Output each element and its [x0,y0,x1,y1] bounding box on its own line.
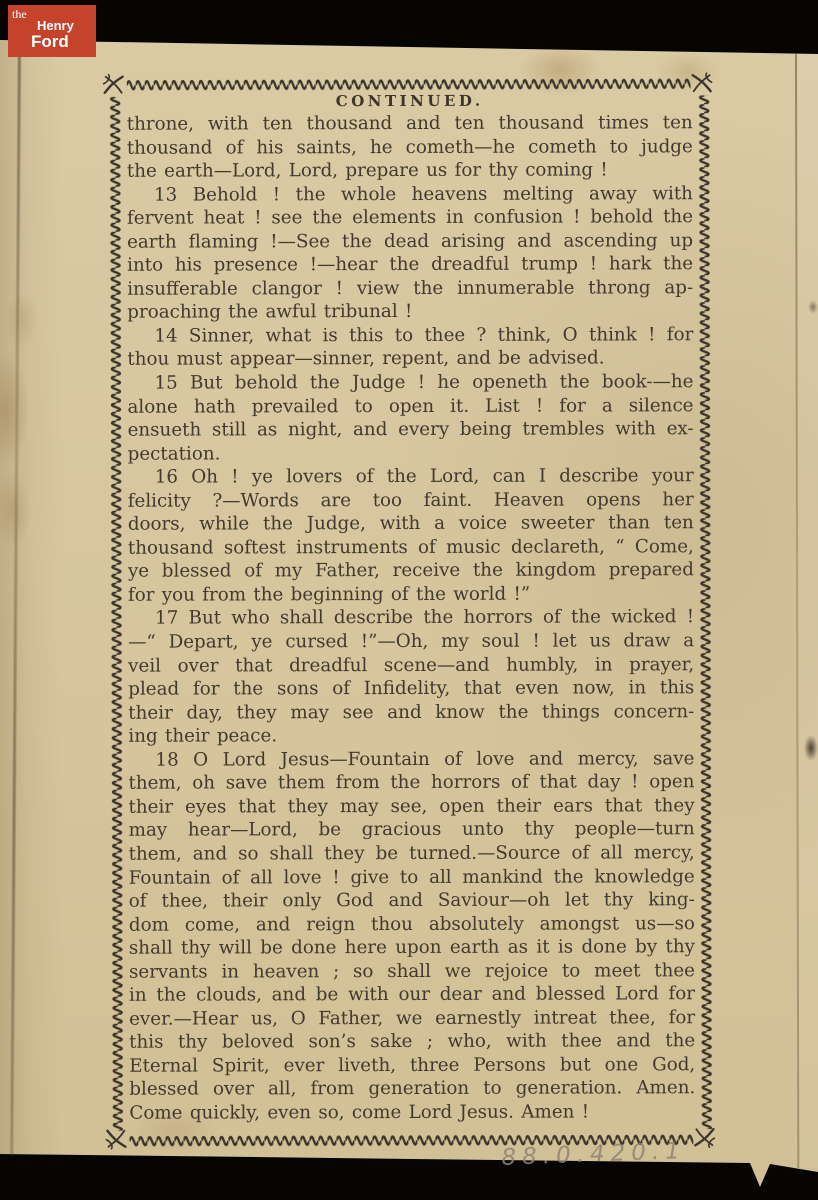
text-line: 17 But who shall describe the horrors of… [128,606,694,631]
wavy-border-right [698,95,714,1129]
corner-fleuron-icon [102,73,126,97]
wavy-border-top [127,77,691,91]
text-block: CONTINUED. throne, with ten thousand and… [127,91,696,1125]
text-line: Come quickly, even so, come Lord Jesus. … [129,1100,695,1125]
text-line: shall thy will be done here upon earth a… [129,935,695,960]
text-line: their eyes that they may see, open their… [129,794,695,819]
accession-number: 88.0.420.1 [501,1138,686,1171]
text-line: ever.—Hear us, O Father, we earnestly in… [129,1006,695,1031]
text-line: of thee, their only God and Saviour—oh l… [129,888,695,913]
text-line: for you from the beginning of the world … [128,582,694,607]
text-line: thousand of his saints, he cometh—he com… [127,135,693,160]
text-line: 16 Oh ! ye lovers of the Lord, can I des… [128,464,694,489]
corner-fleuron-icon [104,1127,128,1151]
text-line: ye blessed of my Father, receive the kin… [128,559,694,584]
text-line: Fountain of all love ! give to all manki… [129,865,695,890]
text-line: may hear—Lord, be gracious unto thy peop… [129,818,695,843]
text-line: plead for the sons of Infidelity, that e… [128,676,694,701]
logo-word-henry: Henry [37,19,74,32]
text-line: blessed over all, from generation to gen… [129,1077,695,1102]
page-heading: CONTINUED. [127,91,693,112]
text-line: ensueth still as night, and every being … [128,417,694,442]
text-line: —“ Depart, ye cursed !”—Oh, my soul ! le… [128,629,694,654]
text-line: veil over that dreadful scene—and humbly… [128,653,694,678]
text-line: 14 Sinner, what is this to thee ? think,… [127,323,693,348]
text-line: insufferable clangor ! view the innumera… [127,276,693,301]
text-line: doors, while the Judge, with a voice swe… [128,512,694,537]
text-line: this thy beloved son’s sake ; who, with … [129,1030,695,1055]
text-line: 15 But behold the Judge ! he openeth the… [127,370,693,395]
text-line: 18 O Lord Jesus—Fountain of love and mer… [128,747,694,772]
text-line: ing their peace. [128,723,694,748]
henry-ford-logo: the Henry Ford [8,5,96,57]
corner-fleuron-icon [692,1125,716,1149]
text-line: thou must appear—sinner, repent, and be … [127,347,693,372]
text-line: alone hath prevailed to open it. List ! … [127,394,693,419]
text-line: servants in heaven ; so shall we rejoice… [129,959,695,984]
text-line: throne, with ten thousand and ten thousa… [127,111,693,136]
text-line: earth flaming !—See the dead arising and… [127,229,693,254]
photograph-stage: CONTINUED. throne, with ten thousand and… [0,0,818,1200]
logo-word-the: the [12,8,27,20]
text-line: Eternal Spirit, ever liveth, three Perso… [129,1053,695,1078]
text-line: the earth—Lord, Lord, prepare us for thy… [127,158,693,183]
text-line: proaching the awful tribunal ! [127,300,693,325]
printed-block: CONTINUED. throne, with ten thousand and… [0,0,818,1200]
corner-fleuron-icon [690,71,714,95]
text-line: them, and so shall they be turned.—Sourc… [129,841,695,866]
text-line: pectation. [128,441,694,466]
text-line: dom come, and reign thou absolutely amon… [129,912,695,937]
text-line: into his presence !—hear the dreadful tr… [127,253,693,278]
text-line: thousand softest instruments of music de… [128,535,694,560]
logo-word-ford: Ford [31,33,69,50]
text-line: their day, they may see and know the thi… [128,700,694,725]
text-line: 13 Behold ! the whole heavens melting aw… [127,182,693,207]
text-line: fervent heat ! see the elements in confu… [127,205,693,230]
text-line: in the clouds, and be with our dear and … [129,982,695,1007]
text-line: felicity ?—Words are too faint. Heaven o… [128,488,694,513]
text-line: them, oh save them from the horrors of t… [128,771,694,796]
wavy-border-left [109,97,125,1131]
